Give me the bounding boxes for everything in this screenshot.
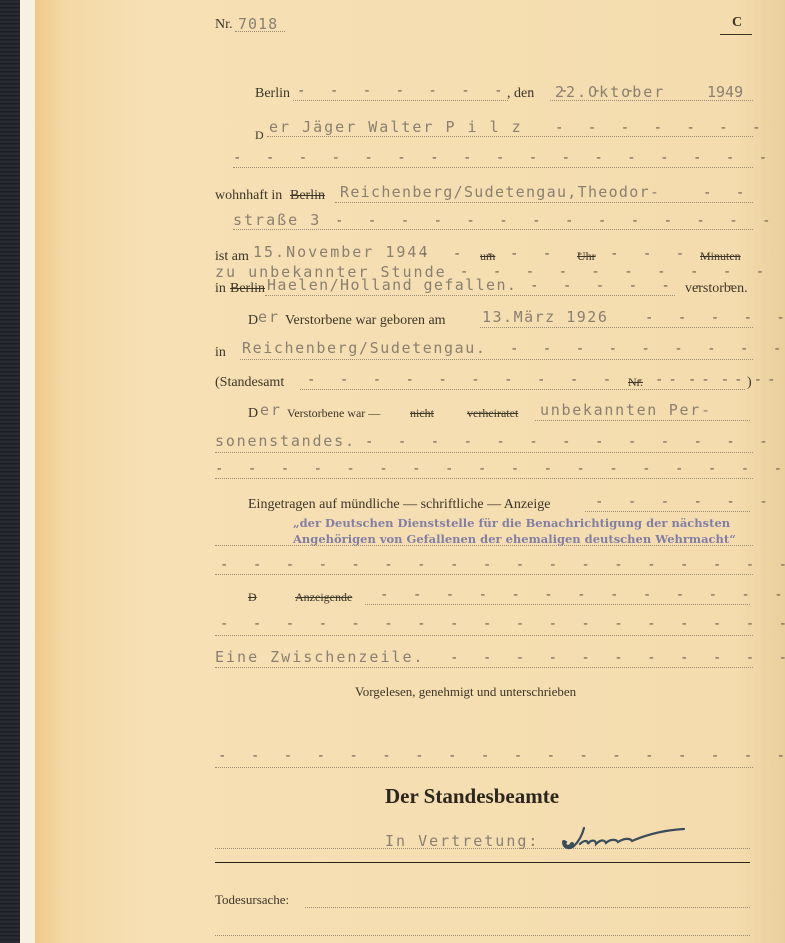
registration-year: 1949 bbox=[707, 83, 743, 101]
section-mark: C bbox=[732, 15, 742, 31]
official-signature bbox=[560, 826, 690, 852]
residence-typed: Reichenberg/Sudetengau,Theodor- bbox=[340, 183, 660, 201]
deceased-name: er Jäger Walter P i l z bbox=[269, 118, 523, 136]
signature-dashes: - - - - - - - - - - - - - - - - - - - - … bbox=[218, 748, 785, 764]
registry-dotline bbox=[300, 389, 745, 390]
name-dashes-2: - - - - - - - - - - - - - - - - - - - - … bbox=[233, 150, 785, 166]
binding-edge bbox=[20, 0, 35, 943]
marital-option-verheiratet: verheiratet bbox=[467, 406, 518, 421]
uhr-struck-label: Uhr bbox=[577, 249, 596, 264]
minuten-struck-label: Minuten bbox=[700, 249, 741, 264]
informant-dotline bbox=[365, 604, 750, 605]
death-date: 15.November 1944 bbox=[253, 243, 430, 261]
cause-of-death-field bbox=[305, 907, 750, 908]
registry-nr-label: Nr. bbox=[628, 375, 643, 390]
birth-place-typed: Reichenberg/Sudetengau. bbox=[242, 339, 487, 357]
cause-of-death-field-2 bbox=[215, 935, 750, 936]
number-label: Nr. bbox=[215, 17, 233, 33]
registration-dotline bbox=[585, 511, 750, 512]
marital-prefix-typed: er bbox=[260, 401, 282, 419]
birth-label: Verstorbene war geboren am bbox=[285, 313, 446, 329]
registration-dashes-3: - - - - - - - - - - - - - - - - - - - - … bbox=[220, 557, 785, 573]
place-dotline bbox=[293, 100, 508, 101]
deputy-typed: In Vertretung: bbox=[385, 832, 539, 850]
registration-dashes: - - - - - - - - bbox=[595, 494, 785, 510]
registration-dotline-3 bbox=[215, 574, 753, 575]
death-place-struck-berlin: Berlin bbox=[230, 281, 265, 297]
book-binding bbox=[0, 0, 20, 943]
name-dotline-2 bbox=[233, 167, 753, 168]
birth-place-label: in bbox=[215, 345, 226, 361]
birth-date: 13.März 1926 bbox=[482, 308, 608, 326]
birth-place-dotline bbox=[240, 359, 753, 360]
cause-of-death-label: Todesursache: bbox=[215, 892, 289, 908]
birth-date-dotline bbox=[480, 327, 753, 328]
name-dashes: - - - - - - - - - bbox=[555, 120, 785, 136]
death-place-label: in bbox=[215, 281, 226, 297]
date-label: , den bbox=[507, 86, 534, 102]
marital-dashes-2: - - - - - - - - - - - - - - - - bbox=[365, 434, 785, 450]
death-place-typed: Haelen/Holland gefallen. bbox=[267, 276, 517, 294]
marital-dotline bbox=[535, 420, 750, 421]
marital-typed: unbekannten Per- bbox=[540, 401, 712, 419]
marital-dotline-3 bbox=[215, 478, 753, 479]
informant-dotline-2 bbox=[215, 635, 753, 636]
marital-option-nicht: nicht bbox=[410, 406, 434, 421]
informant-prefix: D bbox=[248, 590, 257, 605]
record-number: 7018 bbox=[238, 15, 278, 33]
uhr-dashes: - - - bbox=[610, 246, 692, 262]
annotation-dashes: - - - - - - - - - - - - - bbox=[450, 650, 785, 666]
birth-prefix: D bbox=[248, 313, 258, 329]
place-label: Berlin bbox=[255, 86, 290, 102]
annotation-dotline bbox=[215, 667, 753, 668]
informant-label: Anzeigende bbox=[295, 590, 352, 605]
registry-close: ) bbox=[747, 375, 752, 391]
verstorben-label: verstorben. bbox=[685, 281, 748, 297]
official-title: Der Standesbeamte bbox=[385, 784, 559, 809]
residence-dashes-2: - - - - - - - - - - - - - - - - - - - bbox=[335, 213, 785, 229]
section-mark-underline bbox=[720, 34, 752, 35]
um-struck-label: um bbox=[480, 249, 495, 264]
death-place-dotline bbox=[265, 295, 675, 296]
marital-label: Verstorbene war — bbox=[287, 406, 380, 421]
signature-dotline-top bbox=[215, 767, 753, 768]
marital-dashes-3: - - - - - - - - - - - - - - - - - - - - … bbox=[215, 461, 785, 477]
registration-date: 22.Oktober bbox=[555, 83, 665, 101]
residence-dotline bbox=[335, 202, 753, 203]
residence-label: wohnhaft in bbox=[215, 188, 282, 204]
name-prefix: D bbox=[255, 128, 264, 143]
read-approved-label: Vorgelesen, genehmigt und unterschrieben bbox=[355, 684, 576, 700]
informant-stamp-line-1: „der Deutschen Dienststelle für die Bena… bbox=[293, 516, 730, 530]
marital-prefix: D bbox=[248, 406, 258, 422]
annotation-typed: Eine Zwischenzeile. bbox=[215, 648, 425, 666]
register-page: Nr. 7018 C Berlin - - - - - - - - - - - … bbox=[35, 0, 785, 943]
residence-dotline-2 bbox=[233, 229, 753, 230]
registration-label: Eingetragen auf mündliche — schriftliche… bbox=[248, 497, 550, 513]
section-divider bbox=[215, 862, 750, 863]
residence-typed-2: straße 3 bbox=[233, 211, 321, 229]
residence-struck-berlin: Berlin bbox=[290, 188, 325, 204]
marital-dotline-2 bbox=[215, 452, 753, 453]
informant-dashes: - - - - - - - - - - - - - - - - bbox=[380, 587, 785, 603]
residence-dashes: - - bbox=[703, 185, 752, 201]
marital-typed-2: sonenstandes. bbox=[215, 432, 356, 450]
birth-prefix-typed: er bbox=[258, 308, 280, 326]
birth-date-dashes: - - - - - - bbox=[645, 310, 785, 326]
informant-stamp-line-2: Angehörigen von Gefallenen der ehemalige… bbox=[293, 532, 736, 546]
birth-place-dashes: - - - - - - - - - - - bbox=[510, 341, 785, 357]
registry-label: (Standesamt bbox=[215, 375, 284, 391]
name-dotline bbox=[267, 136, 753, 137]
registry-nr-dashes: - - - - - bbox=[655, 372, 785, 388]
informant-dashes-2: - - - - - - - - - - - - - - - - - - - - … bbox=[220, 616, 785, 632]
